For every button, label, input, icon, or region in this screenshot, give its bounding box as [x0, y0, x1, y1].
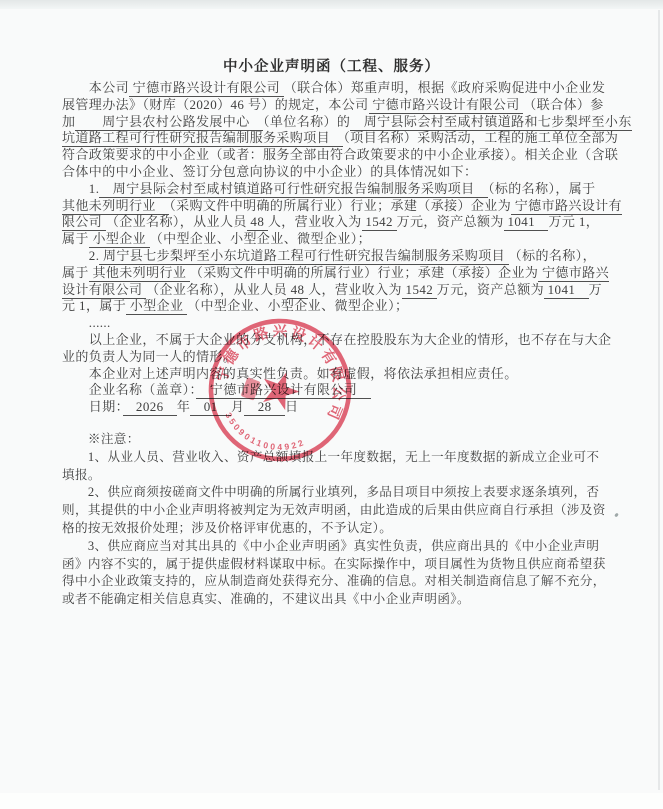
document-text: 企业名称（盖章）： — [62, 382, 196, 397]
document-line: 属于 小型企业 （中型企业、小型企业、微型企业）； — [62, 231, 607, 248]
fill-in-value: 设计有限公司 — [62, 282, 146, 299]
fill-in-value: 周宁县际会村至咸村镇道路和七步梨坪至小东 — [350, 114, 631, 131]
document-text: （项目名称）采购活动，工程的施工单位全部为 — [343, 130, 618, 145]
document-text: 3、供应商应当对其出具的《中小企业声明函》真实性负责，供应商出具的《中小企业声明 — [62, 539, 599, 553]
document-line: 符合政策要求的中小企业（或者：服务全部由符合政策要求的中小企业承接）。相关企业（… — [62, 147, 607, 164]
document-line: 企业名称（盖章）： 宁德市路兴设计有限公司 — [62, 382, 607, 399]
document-text: 日期： — [62, 399, 123, 414]
document-text: （标的名称），属于 — [488, 181, 596, 196]
document-line: 3、供应商应当对其出具的《中小企业声明函》真实性负责，供应商出具的《中小企业声明 — [62, 538, 607, 556]
fill-in-value: 1041 — [504, 214, 549, 231]
document-text: 人，营业收入为 — [308, 282, 402, 297]
fill-in-value: 1542 — [402, 282, 437, 299]
document-text: 属于 — [62, 265, 89, 280]
document-text: 则，其提供的中小企业声明将被判定为无效声明函，由此造成的后果由供应商自行承担（涉… — [62, 503, 606, 517]
document-title: 中小企业声明函（工程、服务） — [0, 55, 663, 76]
document-line: 函》内容不实的，属于提供虚假材料谋取中标。在实际操作中，项目属性为货物且供应商希… — [62, 556, 607, 574]
document-text: （中型企业、小型企业、微型企业）； — [187, 298, 408, 313]
document-line: 2. 周宁县七步梨坪至小东坑道路工程可行性研究报告编制服务采购项目 （标的名称）… — [62, 248, 607, 265]
fill-in-value: 周宁县农村公路发展中心 — [75, 114, 263, 131]
document-line: 则，其提供的中小企业声明将被判定为无效声明函，由此造成的后果由供应商自行承担（涉… — [62, 502, 607, 520]
scanned-document-viewport: { "document": { "title": "中小企业声明函（工程、服务）… — [0, 0, 663, 809]
declaration-document-page: 中小企业声明函（工程、服务） 本公司 宁德市路兴设计有限公司 （联合体）郑重声明… — [0, 0, 663, 809]
fill-in-value: 宁德市路兴设计有限公司 — [196, 382, 370, 399]
document-text: 万元，资产总额为 — [437, 282, 544, 297]
document-text: 日 — [285, 399, 298, 414]
document-line: 设计有限公司 （企业名称），从业人员 48 人，营业收入为 1542 万元，资产… — [62, 282, 607, 299]
fill-in-value: 其他未列明行业 — [62, 198, 169, 215]
fill-in-value: 限公司 — [62, 214, 106, 231]
document-text: 1. — [62, 181, 99, 196]
scan-noise-speck — [614, 513, 619, 518]
document-text: 万元，资产总额为 — [397, 214, 504, 229]
fill-in-value: 坑道路工程可行性研究报告编制服务采购项目 — [62, 130, 343, 147]
document-text: 月 — [231, 399, 244, 414]
fill-in-value: 48 — [247, 214, 268, 231]
document-body: 本公司 宁德市路兴设计有限公司 （联合体）郑重声明，根据《政府采购促进中小企业发… — [62, 80, 607, 609]
document-line: 坑道路工程可行性研究报告编制服务采购项目 （项目名称）采购活动，工程的施工单位全… — [62, 130, 607, 147]
fill-in-value: 1542 — [362, 214, 397, 231]
fill-in-value: 48 — [287, 282, 308, 299]
fill-in-value: 其他未列明行业 — [89, 265, 190, 282]
document-text: 以上企业，不属于大企业的分支机构，不存在控股股东为大企业的情形，也不存在与大企 — [62, 332, 611, 347]
document-text: 加 — [62, 114, 75, 129]
document-text: （采购文件中明确的所属行业）行业；承建（承接）企业为 — [169, 198, 511, 213]
document-line: 限公司 （企业名称），从业人员 48 人，营业收入为 1542 万元，资产总额为… — [62, 214, 607, 231]
document-line: 以上企业，不属于大企业的分支机构，不存在控股股东为大企业的情形，也不存在与大企 — [62, 332, 607, 349]
document-text: ※注意： — [62, 432, 140, 446]
document-text: 1、从业人员、营业收入、资产总额填报上一年度数据，无上一年度数据的新成立企业可不 — [62, 450, 599, 464]
document-text: 填报。 — [62, 468, 101, 482]
declaration-text-block: 本公司 宁德市路兴设计有限公司 （联合体）郑重声明，根据《政府采购促进中小企业发… — [62, 80, 607, 416]
document-text: 本企业对上述声明内容的真实性负责。如有虚假，将依法承担相应责任。 — [62, 366, 518, 381]
document-text: 万元 1， — [548, 214, 599, 229]
document-text: ...... — [62, 315, 111, 330]
document-line: 1、从业人员、营业收入、资产总额填报上一年度数据，无上一年度数据的新成立企业可不 — [62, 449, 607, 467]
document-line: 本企业对上述声明内容的真实性负责。如有虚假，将依法承担相应责任。 — [62, 366, 607, 383]
document-line: 业的负责人为同一人的情形。 — [62, 349, 607, 366]
document-line: 日期： 2026 年 01 月 28 日 — [62, 399, 607, 416]
fill-in-value: 宁德市路兴设计有 — [511, 198, 622, 215]
fill-in-value: 01 — [190, 399, 231, 416]
fill-in-value: 宁德市路兴 — [538, 265, 609, 282]
document-line: 加 周宁县农村公路发展中心 （单位名称）的 周宁县际会村至咸村镇道路和七步梨坪至… — [62, 114, 607, 131]
fill-in-value: 小型企业 — [89, 231, 150, 248]
document-line: 其他未列明行业 （采购文件中明确的所属行业）行业；承建（承接）企业为 宁德市路兴… — [62, 198, 607, 215]
fill-in-value: 周宁县际会村至咸村镇道路可行性研究报告编制服务采购项目 — [99, 181, 488, 198]
notes-text-block: ※注意： 1、从业人员、营业收入、资产总额填报上一年度数据，无上一年度数据的新成… — [62, 431, 607, 609]
document-text: 函》内容不实的，属于提供虚假材料谋取中标。在实际操作中，项目属性为货物且供应商希… — [62, 557, 606, 571]
document-text: 或者不能确定相关信息真实、准确的，不建议出具《中小企业声明函》。 — [62, 592, 470, 606]
scan-edge-top — [0, 0, 663, 9]
fill-in-value: 小型企业 — [126, 298, 187, 315]
fill-in-value: 2026 — [123, 399, 177, 416]
document-line: 合体中的中小企业、签订分包意向协议的中小企业）的具体情况如下： — [62, 164, 607, 181]
document-line: 得中小企业政策支持的，应从制造商处获得充分、准确的信息。对相关制造商信息了解不充… — [62, 573, 607, 591]
fill-in-value: 周宁县七步梨坪至小东坑道路工程可行性研究报告编制服务采购项目 — [99, 248, 508, 265]
document-line: 或者不能确定相关信息真实、准确的，不建议出具《中小企业声明函》。 — [62, 591, 607, 609]
document-line: 属于 其他未列明行业 （采购文件中明确的所属行业）行业；承建（承接）企业为 宁德… — [62, 265, 607, 282]
document-text: 符合政策要求的中小企业（或者：服务全部由符合政策要求的中小企业承接）。相关企业（… — [62, 147, 618, 162]
fill-in-value: 宁德市路兴设计有限公司 — [129, 80, 284, 97]
document-text: 万 — [589, 282, 602, 297]
fill-in-value: 28 — [244, 399, 285, 416]
document-text: （采购文件中明确的所属行业）行业；承建（承接）企业为 — [190, 265, 538, 280]
document-text: 人，营业收入为 — [268, 214, 362, 229]
document-text: （企业名称），从业人员 — [146, 282, 287, 297]
document-line: 格的按无效报价处理；涉及价格评审优惠的，不予认定）。 — [62, 520, 607, 538]
document-text: 年 — [177, 399, 190, 414]
document-text: 得中小企业政策支持的，应从制造商处获得充分、准确的信息。对相关制造商信息了解不充… — [62, 574, 606, 588]
document-line: ※注意： — [62, 431, 607, 449]
document-text: （单位名称）的 — [263, 114, 350, 129]
document-text: （联合体）参 — [523, 97, 603, 112]
document-text: 展管理办法》（财库（2020）46 号）的规定，本公司 — [62, 97, 369, 112]
document-text: 2. — [62, 248, 99, 263]
document-line: 本公司 宁德市路兴设计有限公司 （联合体）郑重声明，根据《政府采购促进中小企业发 — [62, 80, 607, 97]
fill-in-value: 宁德市路兴设计有限公司 — [369, 97, 524, 114]
document-text: 业的负责人为同一人的情形。 — [62, 349, 236, 364]
document-line: ...... — [62, 315, 607, 332]
document-text: （企业名称），从业人员 — [106, 214, 247, 229]
document-text: 元 1，属于 — [62, 298, 126, 313]
document-line: 2、供应商须按磋商文件中明确的所属行业填列，多品目项目中须按上表要求逐条填列，否 — [62, 484, 607, 502]
document-text: 2、供应商须按磋商文件中明确的所属行业填列，多品目项目中须按上表要求逐条填列，否 — [62, 485, 599, 499]
document-line: 展管理办法》（财库（2020）46 号）的规定，本公司 宁德市路兴设计有限公司 … — [62, 97, 607, 114]
document-text: （联合体）郑重声明，根据《政府采购促进中小企业发 — [284, 80, 606, 95]
document-text: 格的按无效报价处理；涉及价格评审优惠的，不予认定）。 — [62, 521, 392, 535]
document-text: （标的名称）， — [509, 248, 596, 263]
document-text: 合体中的中小企业、签订分包意向协议的中小企业）的具体情况如下： — [62, 164, 477, 179]
document-line: 1. 周宁县际会村至咸村镇道路可行性研究报告编制服务采购项目 （标的名称），属于 — [62, 181, 607, 198]
scan-edge-right — [658, 10, 660, 790]
document-text: （中型企业、小型企业、微型企业）； — [150, 231, 371, 246]
document-line: 元 1，属于 小型企业 （中型企业、小型企业、微型企业）； — [62, 298, 607, 315]
document-line: 填报。 — [62, 467, 607, 485]
scan-edge-bottom — [0, 793, 663, 809]
document-text: 本公司 — [62, 80, 129, 95]
document-text: 属于 — [62, 231, 89, 246]
fill-in-value: 1041 — [544, 282, 589, 299]
